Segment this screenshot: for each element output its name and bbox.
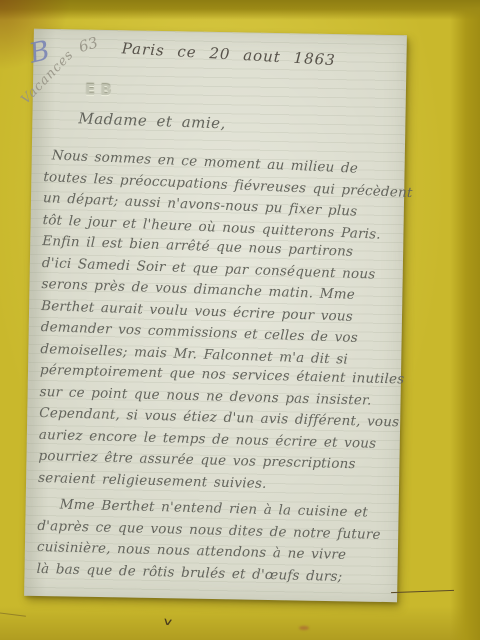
letter-dateline: Paris ce 20 aout 1863 <box>121 39 336 69</box>
red-smudge-mark <box>299 626 309 630</box>
letter-body: Nous sommes en ce moment au milieu de to… <box>36 145 395 586</box>
mat-crease-line-left <box>0 612 26 616</box>
mat-crease-line <box>391 590 454 593</box>
pencil-note-year: 63 <box>76 33 100 56</box>
letter-salutation: Madame et amie, <box>78 109 226 132</box>
small-ink-mark: ∨ <box>161 616 174 629</box>
embossed-monogram-stamp: EB <box>85 81 117 100</box>
photo-background: B Vacances 63 EB Paris ce 20 aout 1863 M… <box>0 0 480 640</box>
letter-paper: B Vacances 63 EB Paris ce 20 aout 1863 M… <box>24 29 407 602</box>
